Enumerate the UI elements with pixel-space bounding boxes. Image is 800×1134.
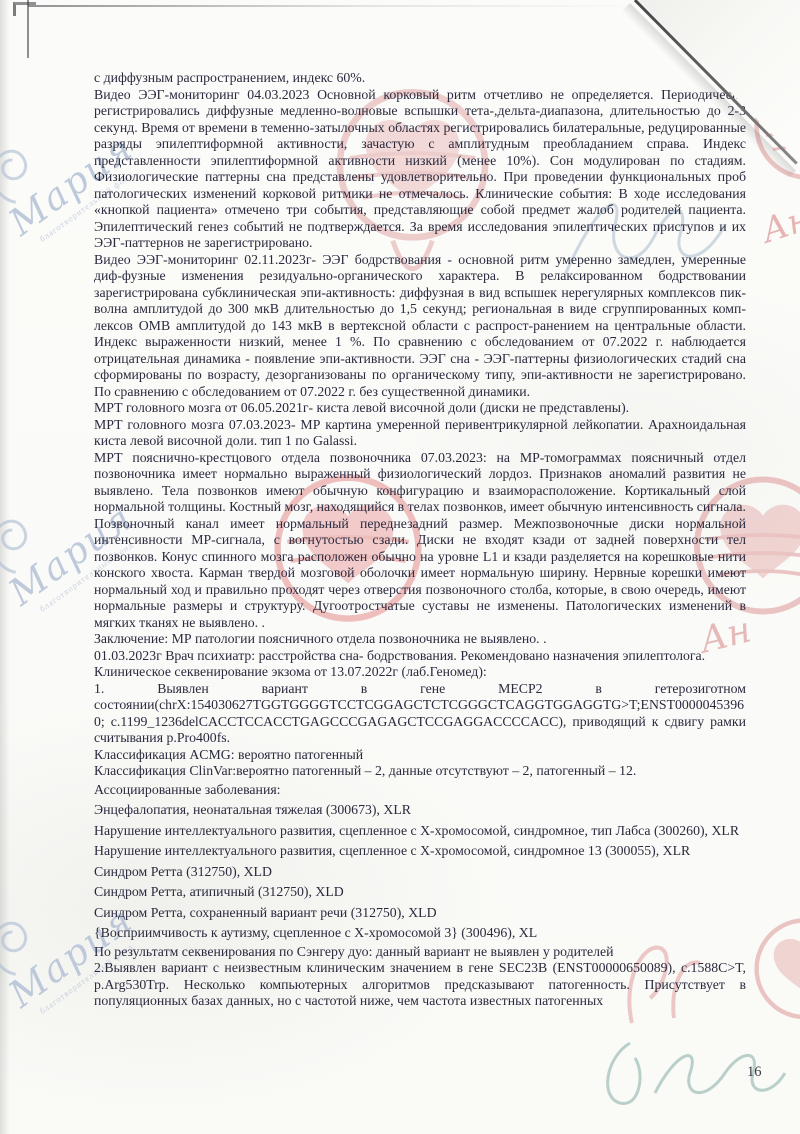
paragraph: с диффузным распространением, индекс 60%…: [94, 70, 746, 87]
paragraph: Клиническое секвенирование экзома от 13.…: [94, 664, 746, 681]
paragraph: МРТ пояснично-крестцового отдела позвоно…: [94, 450, 746, 632]
paragraph: Видео ЭЭГ-мониторинг 04.03.2023 Основной…: [94, 87, 746, 252]
paragraph: По результатм секвенирования по Сэнгеру …: [94, 944, 746, 961]
paragraph: Синдром Ретта, сохраненный вариант речи …: [94, 903, 746, 924]
scan-corner-mark: [13, 2, 36, 16]
document-body: с диффузным распространением, индекс 60%…: [94, 70, 746, 1010]
signature-fragment: Ан: [757, 199, 800, 252]
charity-logo-watermark-icon: [750, 912, 800, 1032]
paragraph: Нарушение интеллектуального развития, сц…: [94, 821, 746, 842]
signature-stroke: [585, 1018, 795, 1118]
paragraph: Нарушение интеллектуального развития, сц…: [94, 841, 746, 862]
paragraph: Синдром Ретта (312750), XLD: [94, 862, 746, 883]
scan-edge-shadow: [0, 0, 10, 1134]
paragraph: МРТ головного мозга 07.03.2023- МР карти…: [94, 417, 746, 450]
paragraph: Заключение: МР патологии поясничного отд…: [94, 631, 746, 648]
paragraph: Энцефалопатия, неонатальная тяжелая (300…: [94, 800, 746, 821]
paragraph: 1. Выявлен вариант в гене MECP2 в гетеро…: [94, 681, 746, 747]
paragraph: Классификация ClinVar:вероятно патогенны…: [94, 763, 746, 780]
paragraph: Классификация ACMG: вероятно патогенный: [94, 747, 746, 764]
paragraph: Видео ЭЭГ-мониторинг 02.11.2023г- ЭЭГ бо…: [94, 252, 746, 401]
paragraph: МРТ головного мозга от 06.05.2021г- кист…: [94, 400, 746, 417]
paragraph: 2.Выявлен вариант с неизвестным клиничес…: [94, 960, 746, 1010]
scanned-page: Мария благотворительный фонд Мария благо…: [0, 0, 800, 1134]
paragraph: 01.03.2023г Врач психиатр: расстройства …: [94, 648, 746, 665]
page-number: 16: [747, 1064, 762, 1081]
paragraph: Ассоциированные заболевания:: [94, 780, 746, 801]
paragraph: Синдром Ретта, атипичный (312750), XLD: [94, 882, 746, 903]
scan-top-edge: [28, 5, 640, 7]
paragraph: {Восприимчивость к аутизму, сцепленное с…: [94, 923, 746, 944]
